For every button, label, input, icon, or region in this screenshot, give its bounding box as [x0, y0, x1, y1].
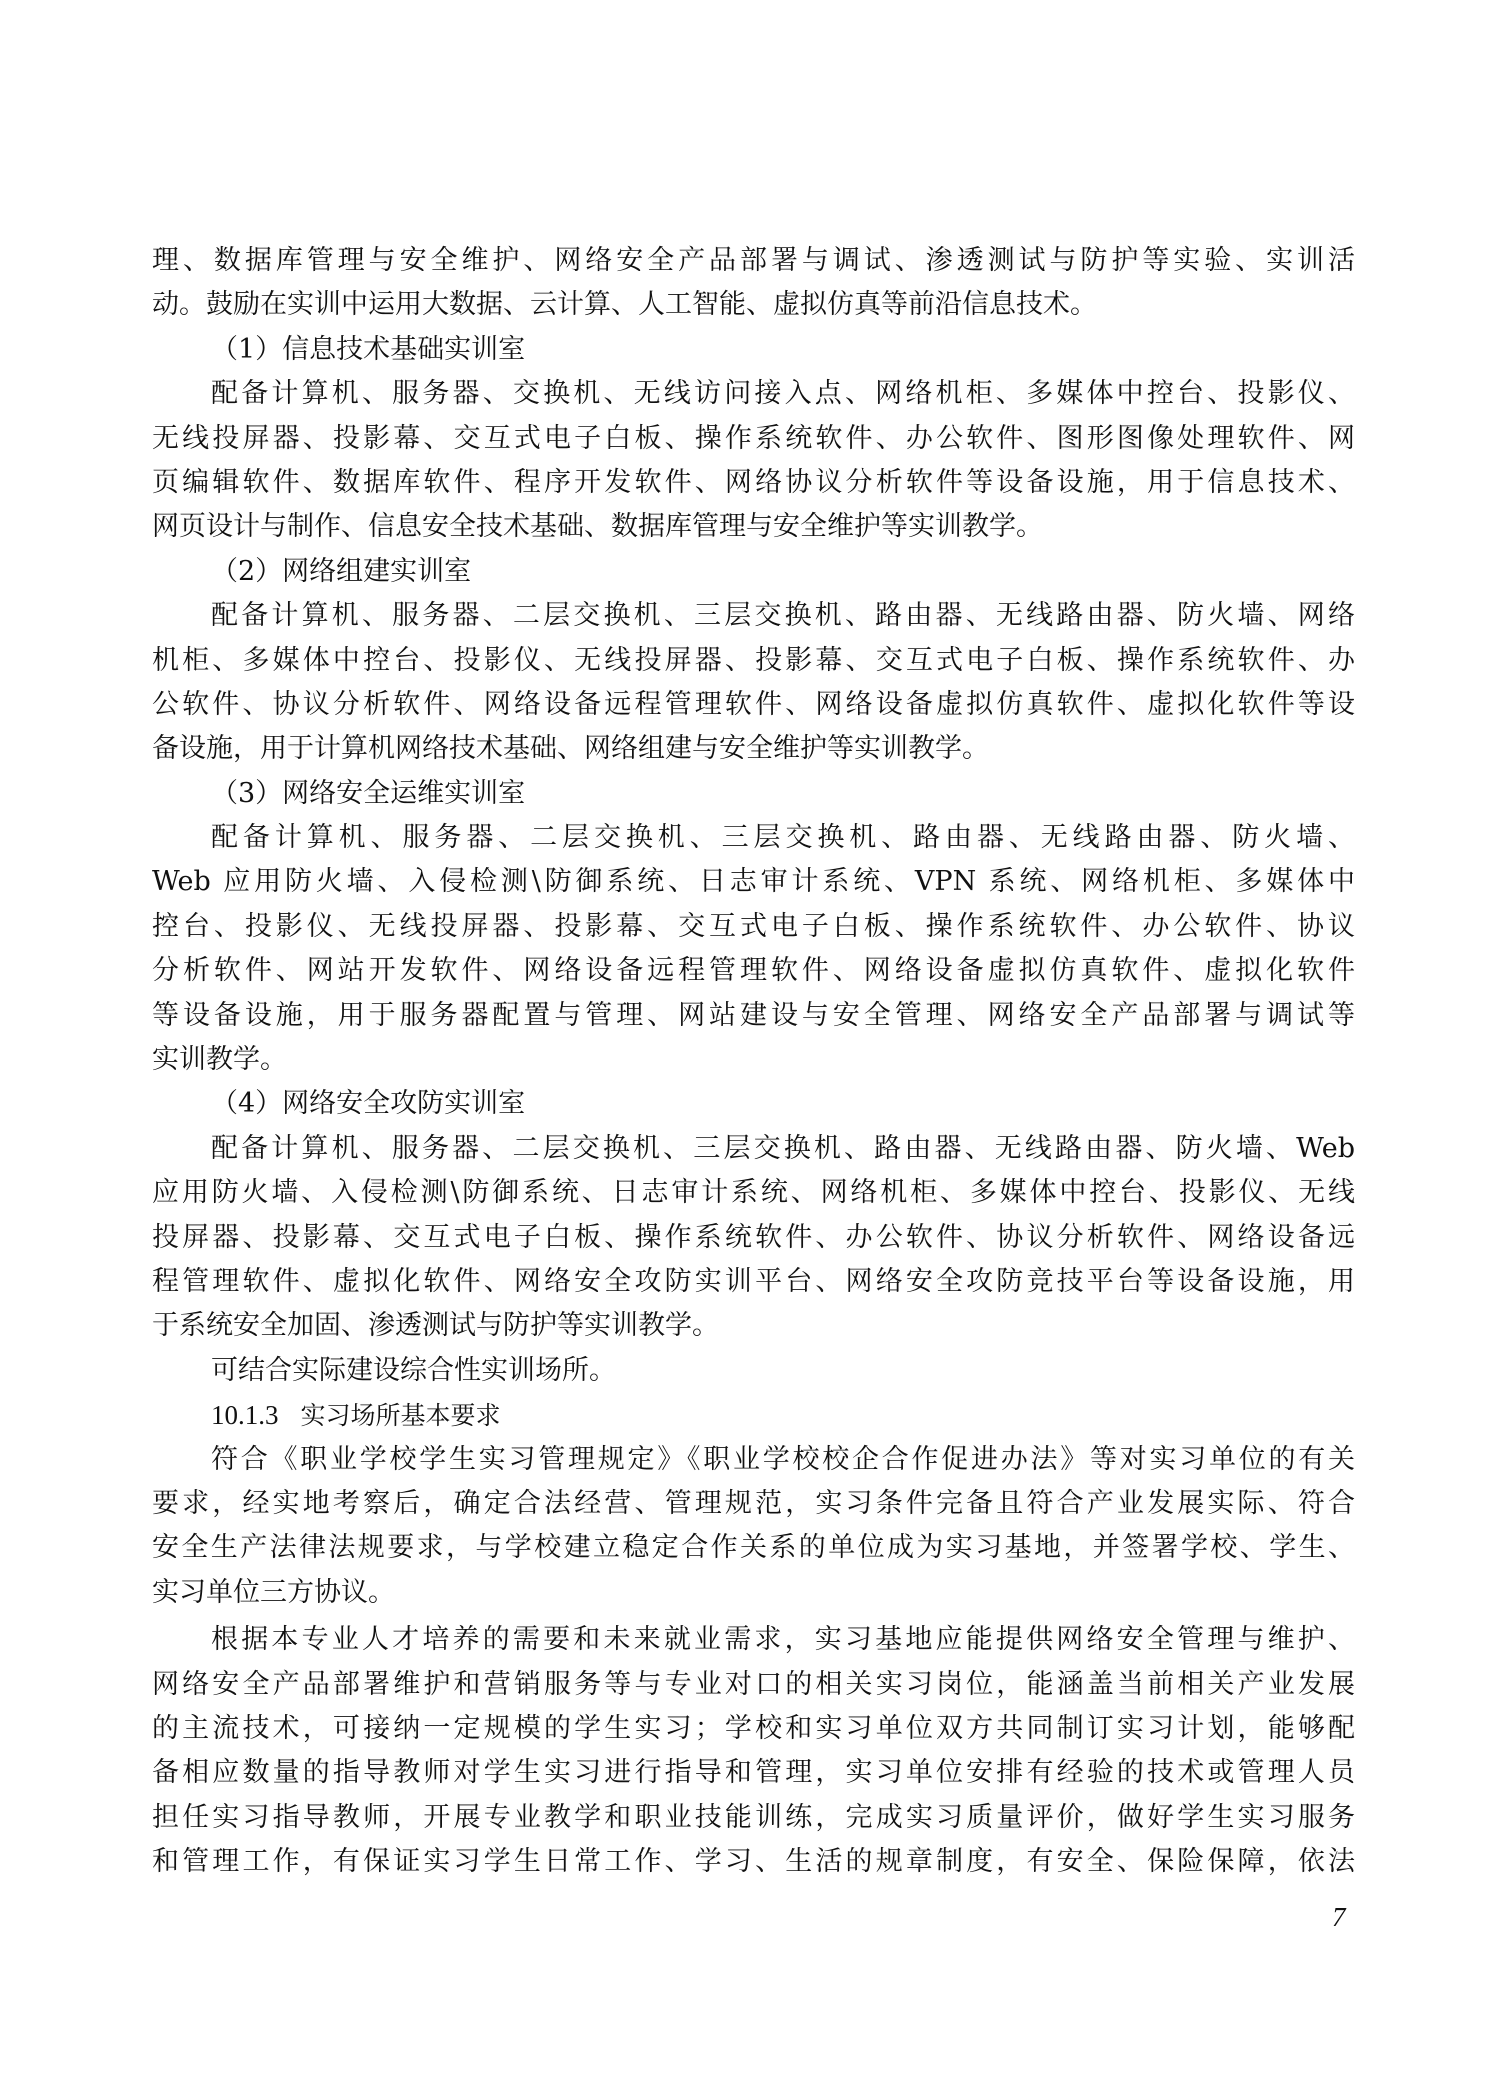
- text-line: 配备计算机、服务器、二层交换机、三层交换机、路由器、无线路由器、防火墙、Web: [152, 1127, 1355, 1171]
- paragraph-internship-base: 根据本专业人才培养的需要和未来就业需求，实习基地应能提供网络安全管理与维护、 网…: [152, 1618, 1355, 1884]
- subheading-lab-3: （3）网络安全运维实训室: [152, 772, 1355, 816]
- text-line: 投屏器、投影幕、交互式电子白板、操作系统软件、办公软件、协议分析软件、网络设备远: [152, 1216, 1355, 1260]
- subheading-text: （2）网络组建实训室: [152, 550, 1355, 594]
- text-line: 控台、投影仪、无线投屏器、投影幕、交互式电子白板、操作系统软件、办公软件、协议: [152, 905, 1355, 949]
- paragraph-lab-4: 配备计算机、服务器、二层交换机、三层交换机、路由器、无线路由器、防火墙、Web …: [152, 1127, 1355, 1349]
- subheading-lab-1: （1）信息技术基础实训室: [152, 328, 1355, 372]
- page-number: 7: [1332, 1902, 1346, 1933]
- text-line: 页编辑软件、数据库软件、程序开发软件、网络协议分析软件等设备设施，用于信息技术、: [152, 461, 1355, 505]
- text-line: 实训教学。: [152, 1038, 1355, 1082]
- text-line: 应用防火墙、入侵检测\防御系统、日志审计系统、网络机柜、多媒体中控台、投影仪、无…: [152, 1171, 1355, 1215]
- section-heading: 10.1.3实习场所基本要求: [152, 1393, 1355, 1437]
- text-line: 的主流技术，可接纳一定规模的学生实习；学校和实习单位双方共同制订实习计划，能够配: [152, 1707, 1355, 1751]
- text-line: 配备计算机、服务器、二层交换机、三层交换机、路由器、无线路由器、防火墙、网络: [152, 594, 1355, 638]
- text-line: 分析软件、网站开发软件、网络设备远程管理软件、网络设备虚拟仿真软件、虚拟化软件: [152, 949, 1355, 993]
- text-line: 网页设计与制作、信息安全技术基础、数据库管理与安全维护等实训教学。: [152, 505, 1355, 549]
- section-title: 实习场所基本要求: [301, 1401, 501, 1430]
- text-line: 符合《职业学校学生实习管理规定》《职业学校校企合作促进办法》等对实习单位的有关: [152, 1438, 1355, 1482]
- text-line: 要求，经实地考察后，确定合法经营、管理规范，实习条件完备且符合产业发展实际、符合: [152, 1482, 1355, 1526]
- paragraph-lab-1: 配备计算机、服务器、交换机、无线访问接入点、网络机柜、多媒体中控台、投影仪、 无…: [152, 372, 1355, 550]
- text-line: 等设备设施，用于服务器配置与管理、网站建设与安全管理、网络安全产品部署与调试等: [152, 994, 1355, 1038]
- text-line: 程管理软件、虚拟化软件、网络安全攻防实训平台、网络安全攻防竞技平台等设备设施，用: [152, 1260, 1355, 1304]
- text-line: 机柜、多媒体中控台、投影仪、无线投屏器、投影幕、交互式电子白板、操作系统软件、办: [152, 639, 1355, 683]
- text-line: 可结合实际建设综合性实训场所。: [152, 1349, 1355, 1393]
- text-line: 网络安全产品部署维护和营销服务等与专业对口的相关实习岗位，能涵盖当前相关产业发展: [152, 1663, 1355, 1707]
- text-line: 无线投屏器、投影幕、交互式电子白板、操作系统软件、办公软件、图形图像处理软件、网: [152, 417, 1355, 461]
- text-line: 安全生产法律法规要求，与学校建立稳定合作关系的单位成为实习基地，并签署学校、学生…: [152, 1526, 1355, 1570]
- text-line: 动。鼓励在实训中运用大数据、云计算、人工智能、虚拟仿真等前沿信息技术。: [152, 283, 1355, 327]
- text-line: 实习单位三方协议。: [152, 1571, 1355, 1615]
- text-line: 理、数据库管理与安全维护、网络安全产品部署与调试、渗透测试与防护等实验、实训活: [152, 239, 1355, 283]
- paragraph-comprehensive: 可结合实际建设综合性实训场所。: [152, 1349, 1355, 1393]
- subheading-text: （1）信息技术基础实训室: [152, 328, 1355, 372]
- section-number: 10.1.3: [211, 1400, 279, 1430]
- subheading-text: （4）网络安全攻防实训室: [152, 1082, 1355, 1126]
- text-line: 配备计算机、服务器、二层交换机、三层交换机、路由器、无线路由器、防火墙、: [152, 816, 1355, 860]
- text-line: 于系统安全加固、渗透测试与防护等实训教学。: [152, 1304, 1355, 1348]
- text-line: 备设施，用于计算机网络技术基础、网络组建与安全维护等实训教学。: [152, 727, 1355, 771]
- text-line: 配备计算机、服务器、交换机、无线访问接入点、网络机柜、多媒体中控台、投影仪、: [152, 372, 1355, 416]
- text-line: 和管理工作，有保证实习学生日常工作、学习、生活的规章制度，有安全、保险保障，依法: [152, 1840, 1355, 1884]
- paragraph-intro-continuation: 理、数据库管理与安全维护、网络安全产品部署与调试、渗透测试与防护等实验、实训活 …: [152, 239, 1355, 328]
- document-body: 理、数据库管理与安全维护、网络安全产品部署与调试、渗透测试与防护等实验、实训活 …: [152, 239, 1355, 1884]
- subheading-lab-4: （4）网络安全攻防实训室: [152, 1082, 1355, 1126]
- text-line: 备相应数量的指导教师对学生实习进行指导和管理，实习单位安排有经验的技术或管理人员: [152, 1751, 1355, 1795]
- text-line: 根据本专业人才培养的需要和未来就业需求，实习基地应能提供网络安全管理与维护、: [152, 1618, 1355, 1662]
- text-line: 公软件、协议分析软件、网络设备远程管理软件、网络设备虚拟仿真软件、虚拟化软件等设: [152, 683, 1355, 727]
- section-heading-line: 10.1.3实习场所基本要求: [152, 1393, 1355, 1437]
- text-line: 担任实习指导教师，开展专业教学和职业技能训练，完成实习质量评价，做好学生实习服务: [152, 1796, 1355, 1840]
- paragraph-lab-3: 配备计算机、服务器、二层交换机、三层交换机、路由器、无线路由器、防火墙、 Web…: [152, 816, 1355, 1082]
- paragraph-lab-2: 配备计算机、服务器、二层交换机、三层交换机、路由器、无线路由器、防火墙、网络 机…: [152, 594, 1355, 772]
- subheading-text: （3）网络安全运维实训室: [152, 772, 1355, 816]
- text-line: Web 应用防火墙、入侵检测\防御系统、日志审计系统、VPN 系统、网络机柜、多…: [152, 860, 1355, 904]
- subheading-lab-2: （2）网络组建实训室: [152, 550, 1355, 594]
- paragraph-internship-requirements: 符合《职业学校学生实习管理规定》《职业学校校企合作促进办法》等对实习单位的有关 …: [152, 1438, 1355, 1616]
